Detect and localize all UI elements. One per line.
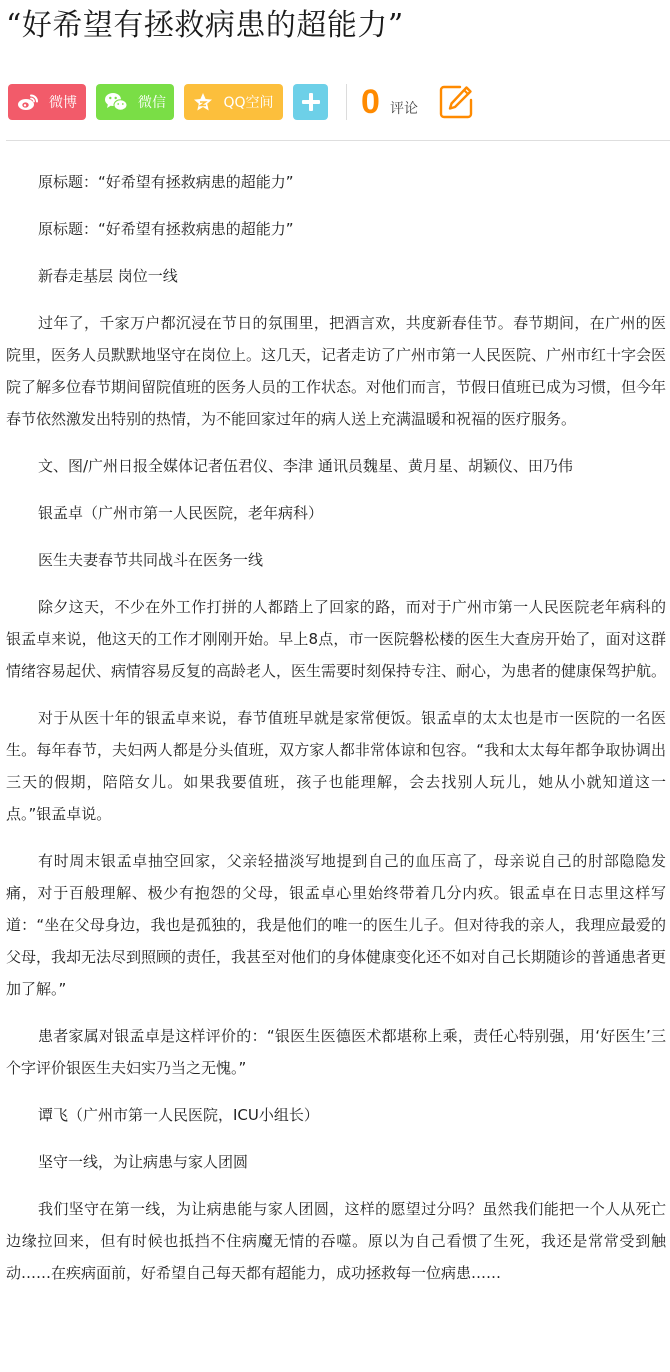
paragraph-subtitle-couple: 医生夫妻春节共同战斗在医务一线 (6, 544, 666, 576)
paragraph-subhead-tan: 谭飞（广州市第一人民医院，ICU小组长） (6, 1099, 666, 1131)
paragraph-intro: 过年了，千家万户都沉浸在节日的氛围里，把酒言欢，共度新春佳节。春节期间，在广州的… (6, 307, 666, 435)
paragraph-body: 患者家属对银孟卓是这样评价的：“银医生医德医术都堪称上乘，责任心特别强，用‘好医… (6, 1020, 666, 1084)
header-divider (6, 140, 670, 141)
weibo-icon (17, 93, 39, 111)
article-title: “好希望有拯救病患的超能力” (6, 6, 404, 46)
plus-icon (301, 92, 321, 112)
share-weibo-label: 微博 (49, 92, 77, 112)
wechat-icon (104, 92, 128, 112)
article-body: 原标题：“好希望有拯救病患的超能力” 原标题：“好希望有拯救病患的超能力” 新春… (6, 166, 666, 1304)
paragraph-subtitle-frontline: 坚守一线，为让病患与家人团圆 (6, 1146, 666, 1178)
paragraph-original-title-repeat: 原标题：“好希望有拯救病患的超能力” (6, 213, 666, 245)
share-bar: 微博 微信 QQ空间 (8, 84, 328, 120)
edit-pencil-icon (438, 84, 474, 124)
share-wechat-label: 微信 (138, 92, 166, 112)
paragraph-column-tag: 新春走基层 岗位一线 (6, 260, 666, 292)
share-weibo-button[interactable]: 微博 (8, 84, 86, 120)
paragraph-body: 对于从医十年的银孟卓来说，春节值班早就是家常便饭。银孟卓的太太也是市一医院的一名… (6, 702, 666, 830)
paragraph-subhead-yin: 银孟卓（广州市第一人民医院，老年病科） (6, 497, 666, 529)
share-more-button[interactable] (293, 84, 328, 120)
qzone-star-icon (193, 92, 213, 112)
share-separator (346, 84, 347, 120)
paragraph-body: 有时周末银孟卓抽空回家，父亲轻描淡写地提到自己的血压高了，母亲说自己的肘部隐隐发… (6, 845, 666, 1005)
comment-label[interactable]: 评论 (390, 100, 418, 118)
comment-count[interactable]: 0 (361, 82, 380, 122)
share-wechat-button[interactable]: 微信 (96, 84, 174, 120)
paragraph-body: 除夕这天，不少在外工作打拼的人都踏上了回家的路，而对于广州市第一人民医院老年病科… (6, 591, 666, 687)
paragraph-byline: 文、图/广州日报全媒体记者伍君仪、李津 通讯员魏星、黄月星、胡颖仪、田乃伟 (6, 450, 666, 482)
write-comment-button[interactable] (438, 84, 474, 120)
paragraph-body: 我们坚守在第一线，为让病患能与家人团圆，这样的愿望过分吗？虽然我们能把一个人从死… (6, 1193, 666, 1289)
share-qzone-label: QQ空间 (223, 92, 273, 112)
share-qzone-button[interactable]: QQ空间 (184, 84, 283, 120)
paragraph-original-title: 原标题：“好希望有拯救病患的超能力” (6, 166, 666, 198)
